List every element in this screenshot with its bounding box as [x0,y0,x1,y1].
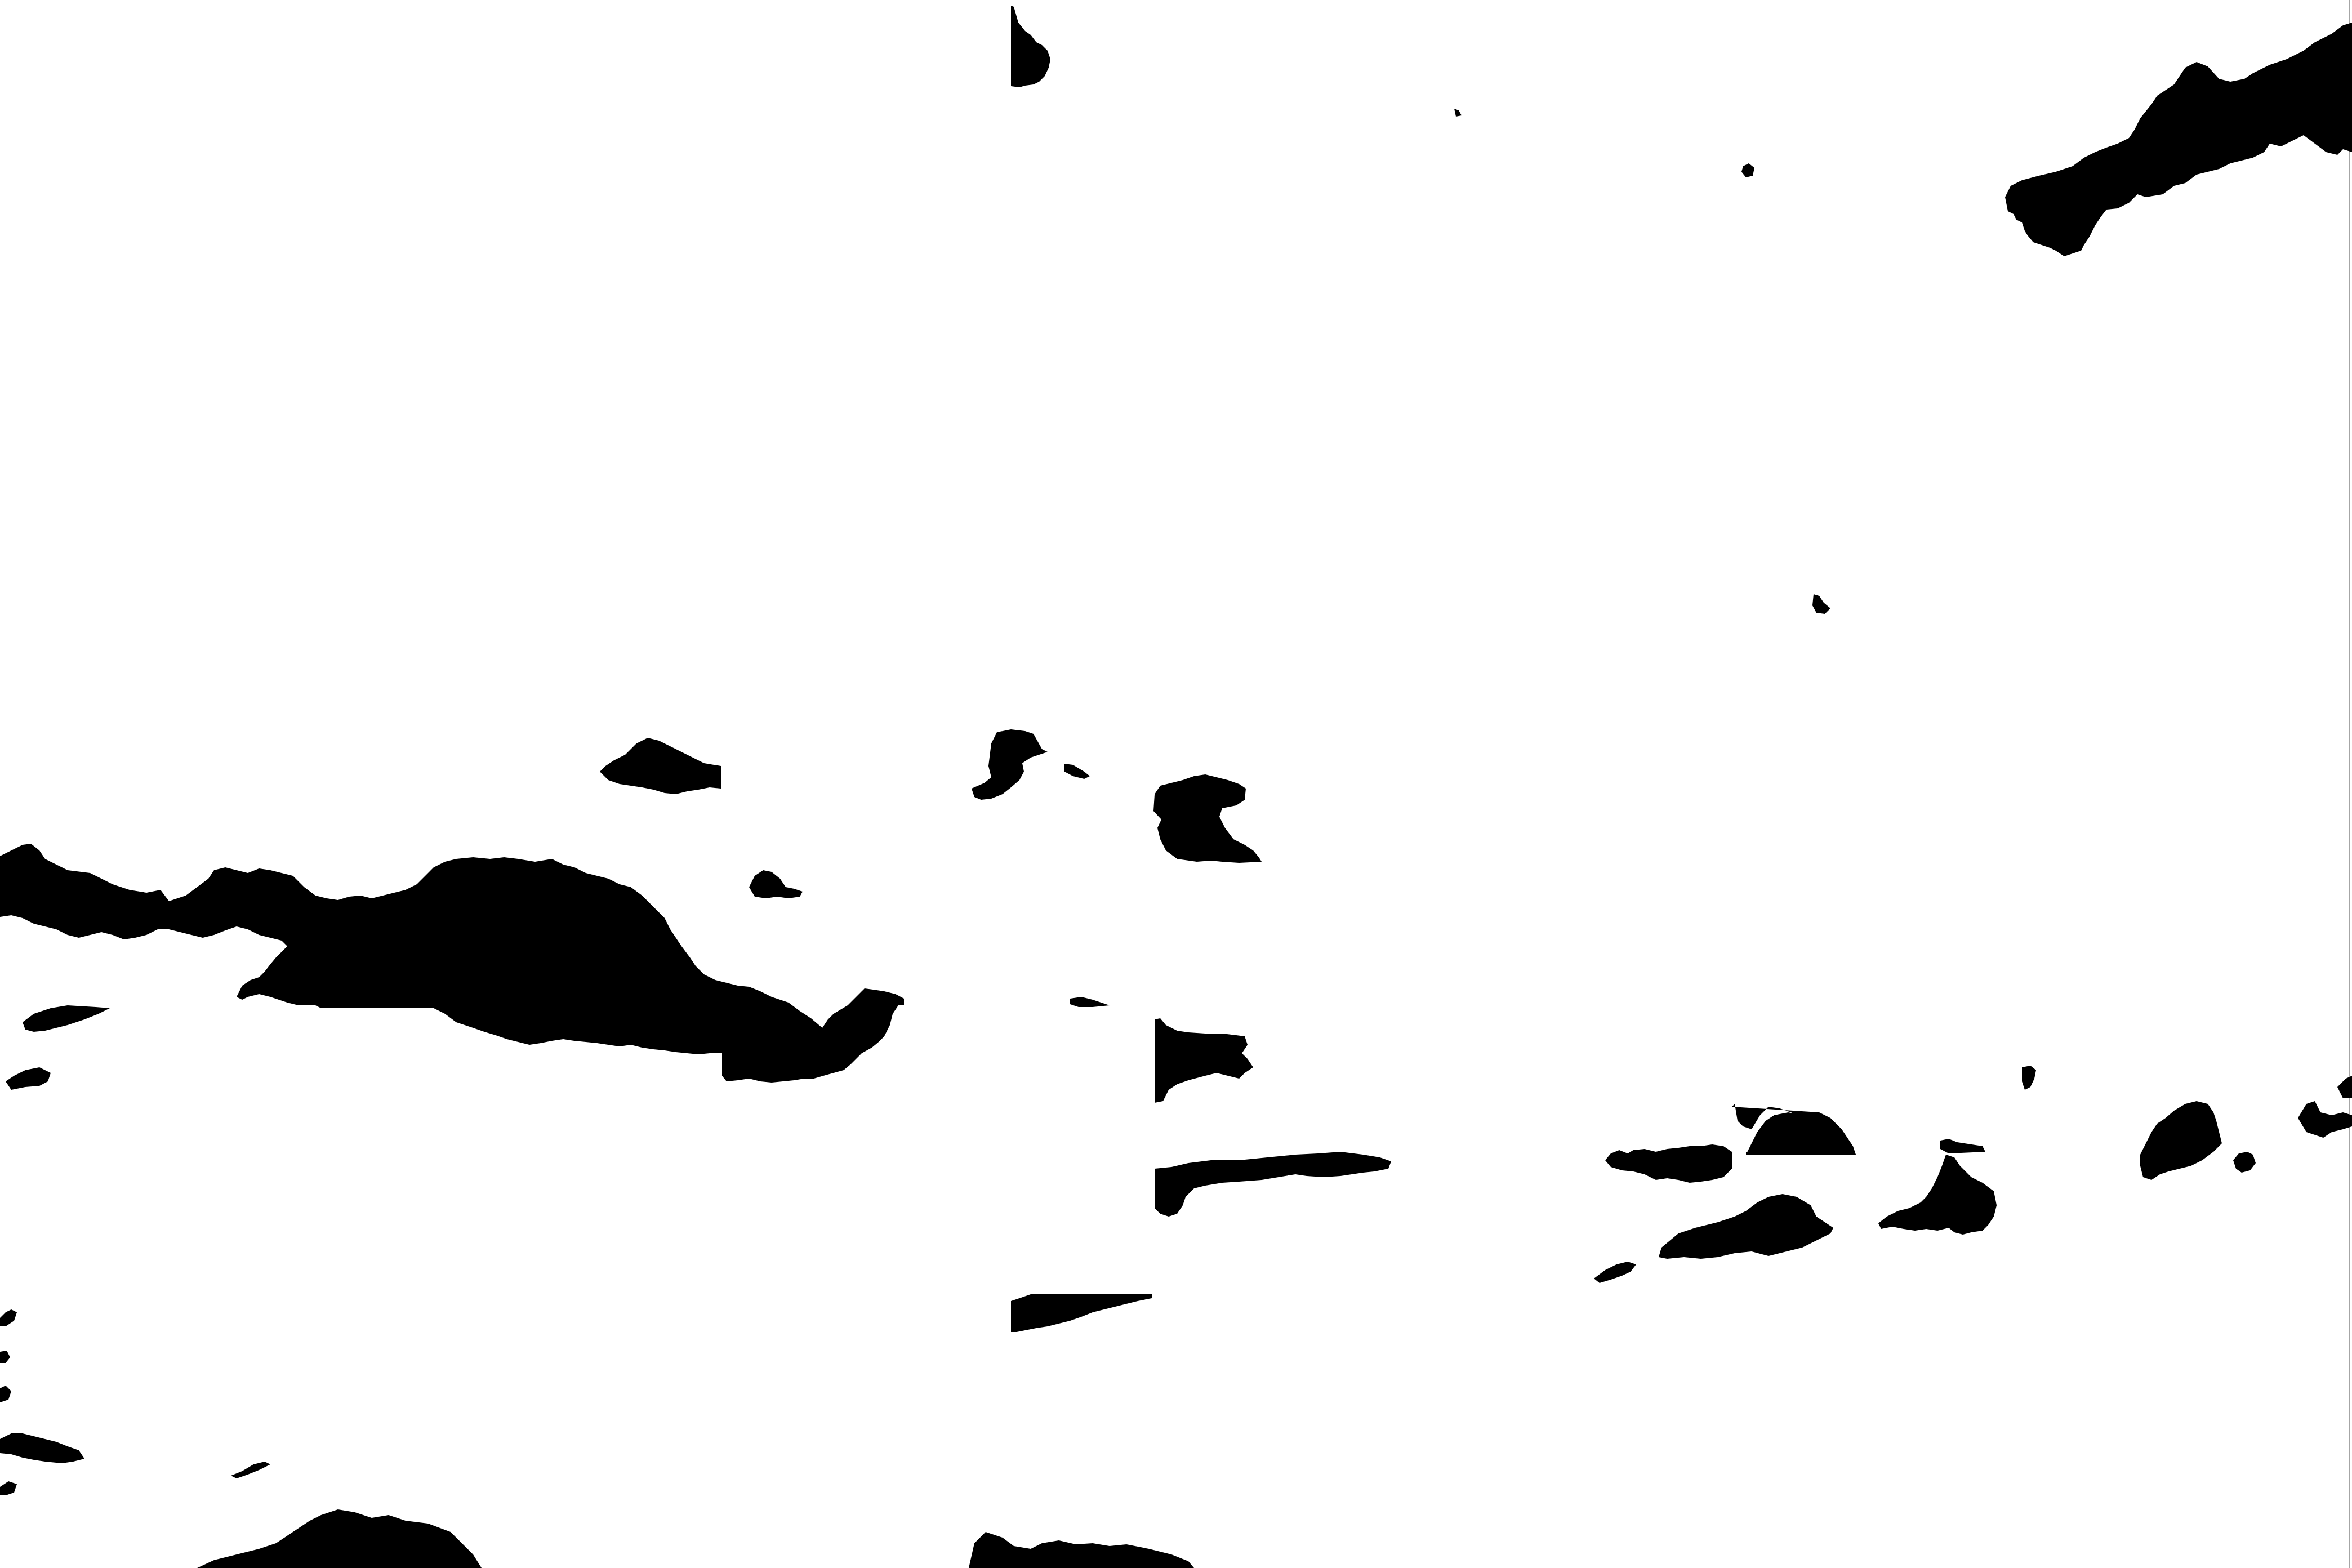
mask-region [2140,1101,2222,1180]
edge-line [2349,0,2350,1568]
mask-region [0,1433,84,1463]
mask-region [1155,1018,1253,1103]
mask-region [1155,1152,1391,1217]
mask-region [1454,109,1462,117]
mask-region [1070,997,1110,1007]
mask-region [1940,1139,1985,1153]
mask-region [0,1309,17,1326]
mask-region [1064,764,1090,779]
mask-region [1153,774,1262,863]
mask-region [969,1532,1194,1568]
mask-region [2022,1066,2036,1090]
mask-region [1605,1144,1732,1183]
mask-region [1812,594,1830,614]
mask-region [1741,163,1754,177]
mask-region [6,1067,51,1090]
mask-region [2005,23,2352,256]
mask-region [197,1509,482,1568]
mask-region [972,729,1048,800]
mask-region [1594,1262,1636,1283]
mask-region [0,1481,17,1495]
mask-region [23,1005,110,1032]
mask-region [1659,1194,1833,1259]
mask-region [1011,6,1050,87]
mask-region [1011,1294,1152,1332]
mask-region [231,1462,270,1478]
mask-region [0,1386,11,1402]
mask-region [0,1351,10,1363]
mask-region [2298,1101,2352,1138]
mask-region [600,738,721,794]
mask-region [1878,1155,1997,1235]
mask-region [2233,1152,2256,1173]
segmentation-mask [0,0,2352,1568]
mask-region [749,870,803,898]
